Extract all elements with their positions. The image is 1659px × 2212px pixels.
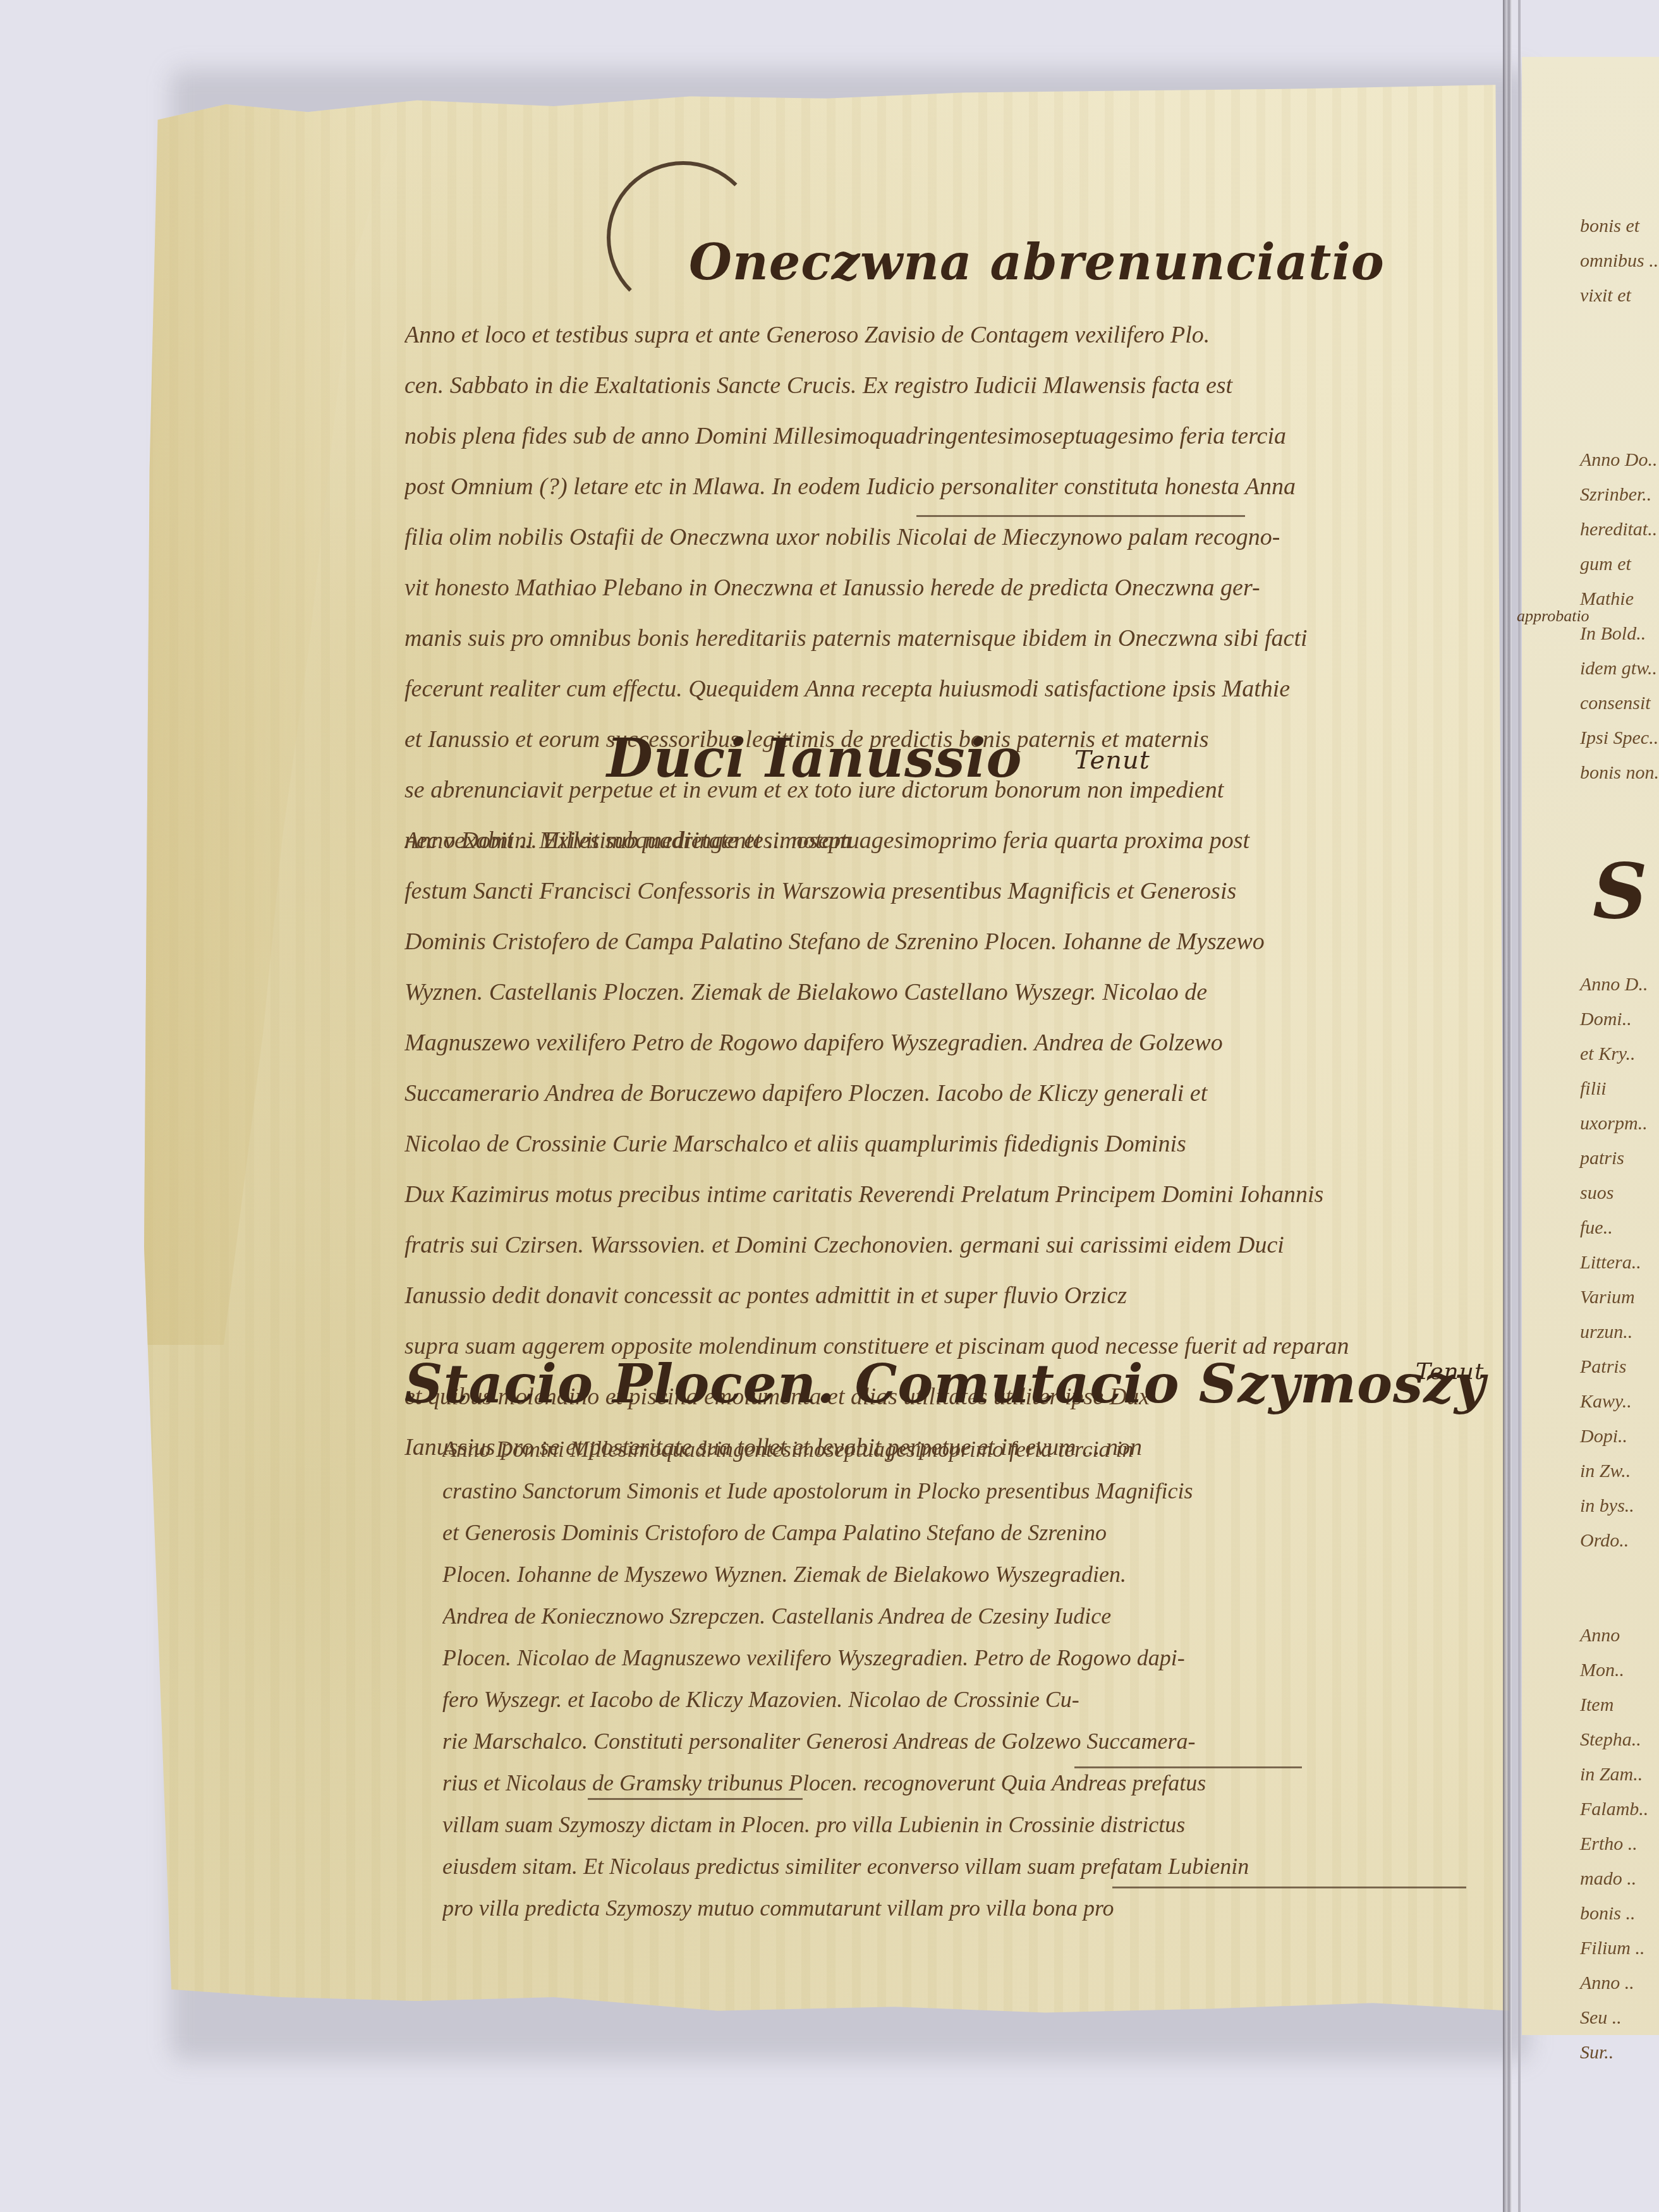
text-fragment: Littera.. <box>1580 1245 1648 1280</box>
text-fragment: uxorpm.. <box>1580 1106 1648 1141</box>
text-fragment: Mathie <box>1580 581 1659 616</box>
text-fragment: gum et <box>1580 547 1659 581</box>
text-fragment: in bys.. <box>1580 1488 1648 1523</box>
text-fragment: bonis non.. <box>1580 755 1659 790</box>
text-fragment: consensit <box>1580 686 1659 720</box>
text-fragment: Varium <box>1580 1280 1648 1315</box>
text-fragment: Patris <box>1580 1349 1648 1384</box>
right-page-text: Anno D.. Domi.. et Kry.. filii uxorpm.. … <box>1580 967 1648 1558</box>
section-heading-2: Duci Ianussio <box>607 727 1023 789</box>
text-line: Anno Domini Millesimoquadringentesimosep… <box>404 815 1447 866</box>
glass-plate-line <box>1518 0 1521 2212</box>
text-line: vit honesto Mathiao Plebano in Oneczwna … <box>404 562 1447 613</box>
text-fragment: suos <box>1580 1176 1648 1210</box>
text-fragment: urzun.. <box>1580 1315 1648 1349</box>
underline <box>1112 1887 1466 1888</box>
right-page-text: Anno Mon.. Item Stepha.. in Zam.. Falamb… <box>1580 1618 1648 2070</box>
text-line: post Omnium (?) letare etc in Mlawa. In … <box>404 461 1447 512</box>
water-stain <box>144 81 410 1345</box>
text-line: festum Sancti Francisci Confessoris in W… <box>404 866 1447 916</box>
text-fragment: Domi.. <box>1580 1002 1648 1036</box>
text-line: fecerunt realiter cum effectu. Quequidem… <box>404 664 1447 714</box>
underline <box>588 1798 803 1800</box>
underline <box>916 515 1245 517</box>
text-fragment: idem gtw.. <box>1580 651 1659 686</box>
text-fragment: Stepha.. <box>1580 1722 1648 1757</box>
text-line: filia olim nobilis Ostafii de Oneczwna u… <box>404 512 1447 562</box>
tenut-mark: Tenut <box>1416 1359 1484 1385</box>
text-line: Anno Domini Millesimoquadringentesimosep… <box>442 1428 1466 1470</box>
text-fragment: Mon.. <box>1580 1653 1648 1687</box>
text-line: rie Marschalco. Constituti personaliter … <box>442 1720 1466 1762</box>
right-page-text: Anno Do.. Szrinber.. hereditat.. gum et … <box>1580 442 1659 790</box>
text-fragment: Sur.. <box>1580 2035 1648 2070</box>
text-fragment: Szrinber.. <box>1580 477 1659 512</box>
right-page-text: bonis et omnibus .. vixit et <box>1580 209 1658 313</box>
text-line: Plocen. Iohanne de Myszewo Wyznen. Ziema… <box>442 1553 1466 1595</box>
text-line: Dux Kazimirus motus precibus intime cari… <box>404 1169 1447 1220</box>
text-line: villam suam Szymoszy dictam in Plocen. p… <box>442 1804 1466 1845</box>
text-line: Ianussio dedit donavit concessit ac pont… <box>404 1270 1447 1321</box>
section-body-3: Anno Domini Millesimoquadringentesimosep… <box>442 1428 1466 1929</box>
section-heading-3: Stacio Plocen. Comutacio Szymoszy <box>404 1352 1486 1415</box>
text-fragment: Ordo.. <box>1580 1523 1648 1558</box>
text-fragment: patris <box>1580 1141 1648 1176</box>
text-fragment: Kawy.. <box>1580 1384 1648 1419</box>
text-line: eiusdem sitam. Et Nicolaus predictus sim… <box>442 1845 1466 1887</box>
text-fragment: Filium .. <box>1580 1931 1648 1966</box>
text-line: Anno et loco et testibus supra et ante G… <box>404 310 1447 360</box>
text-line: cen. Sabbato in die Exaltationis Sancte … <box>404 360 1447 411</box>
text-fragment: fue.. <box>1580 1210 1648 1245</box>
text-fragment: Anno D.. <box>1580 967 1648 1002</box>
text-fragment: in Zam.. <box>1580 1757 1648 1792</box>
glass-plate-edge <box>1503 0 1512 2212</box>
text-line: pro villa predicta Szymoszy mutuo commut… <box>442 1887 1466 1929</box>
text-fragment: Item <box>1580 1687 1648 1722</box>
margin-note: approbatio <box>1517 607 1589 626</box>
underline <box>1074 1766 1302 1768</box>
text-fragment: Ertho .. <box>1580 1826 1648 1861</box>
text-fragment: Anno Do.. <box>1580 442 1659 477</box>
text-line: et Generosis Dominis Cristoforo de Campa… <box>442 1512 1466 1553</box>
text-fragment: vixit et <box>1580 278 1658 313</box>
text-line: manis suis pro omnibus bonis hereditarii… <box>404 613 1447 664</box>
text-fragment: in Zw.. <box>1580 1454 1648 1488</box>
text-fragment: bonis .. <box>1580 1896 1648 1931</box>
text-line: Nicolao de Crossinie Curie Marschalco et… <box>404 1119 1447 1169</box>
tenut-mark: Tenut <box>1074 746 1150 775</box>
text-line: nobis plena fides sub de anno Domini Mil… <box>404 411 1447 461</box>
text-fragment: Seu .. <box>1580 2000 1648 2035</box>
text-line: Succamerario Andrea de Boruczewo dapifer… <box>404 1068 1447 1119</box>
text-fragment: bonis et <box>1580 209 1658 243</box>
text-line: fratris sui Czirsen. Warssovien. et Domi… <box>404 1220 1447 1270</box>
text-fragment: omnibus .. <box>1580 243 1658 278</box>
text-fragment: mado .. <box>1580 1861 1648 1896</box>
text-line: Magnuszewo vexilifero Petro de Rogowo da… <box>404 1018 1447 1068</box>
text-line: Andrea de Koniecznowo Szrepczen. Castell… <box>442 1595 1466 1637</box>
text-fragment: Dopi.. <box>1580 1419 1648 1454</box>
text-line: Dominis Cristofero de Campa Palatino Ste… <box>404 916 1447 967</box>
text-fragment: Anno .. <box>1580 1966 1648 2000</box>
section-heading-1: Oneczwna abrenunciatio <box>689 234 1385 291</box>
text-line: Plocen. Nicolao de Magnuszewo vexilifero… <box>442 1637 1466 1679</box>
text-fragment: Anno <box>1580 1618 1648 1653</box>
text-fragment: Falamb.. <box>1580 1792 1648 1826</box>
text-fragment: hereditat.. <box>1580 512 1659 547</box>
text-fragment: filii <box>1580 1071 1648 1106</box>
text-line: fero Wyszegr. et Iacobo de Kliczy Mazovi… <box>442 1679 1466 1720</box>
right-initial: S <box>1593 847 1648 936</box>
text-fragment: In Bold.. <box>1580 616 1659 651</box>
text-line: crastino Sanctorum Simonis et Iude apost… <box>442 1470 1466 1512</box>
text-fragment: Ipsi Spec.. <box>1580 720 1659 755</box>
text-fragment: et Kry.. <box>1580 1036 1648 1071</box>
text-line: Wyznen. Castellanis Ploczen. Ziemak de B… <box>404 967 1447 1018</box>
